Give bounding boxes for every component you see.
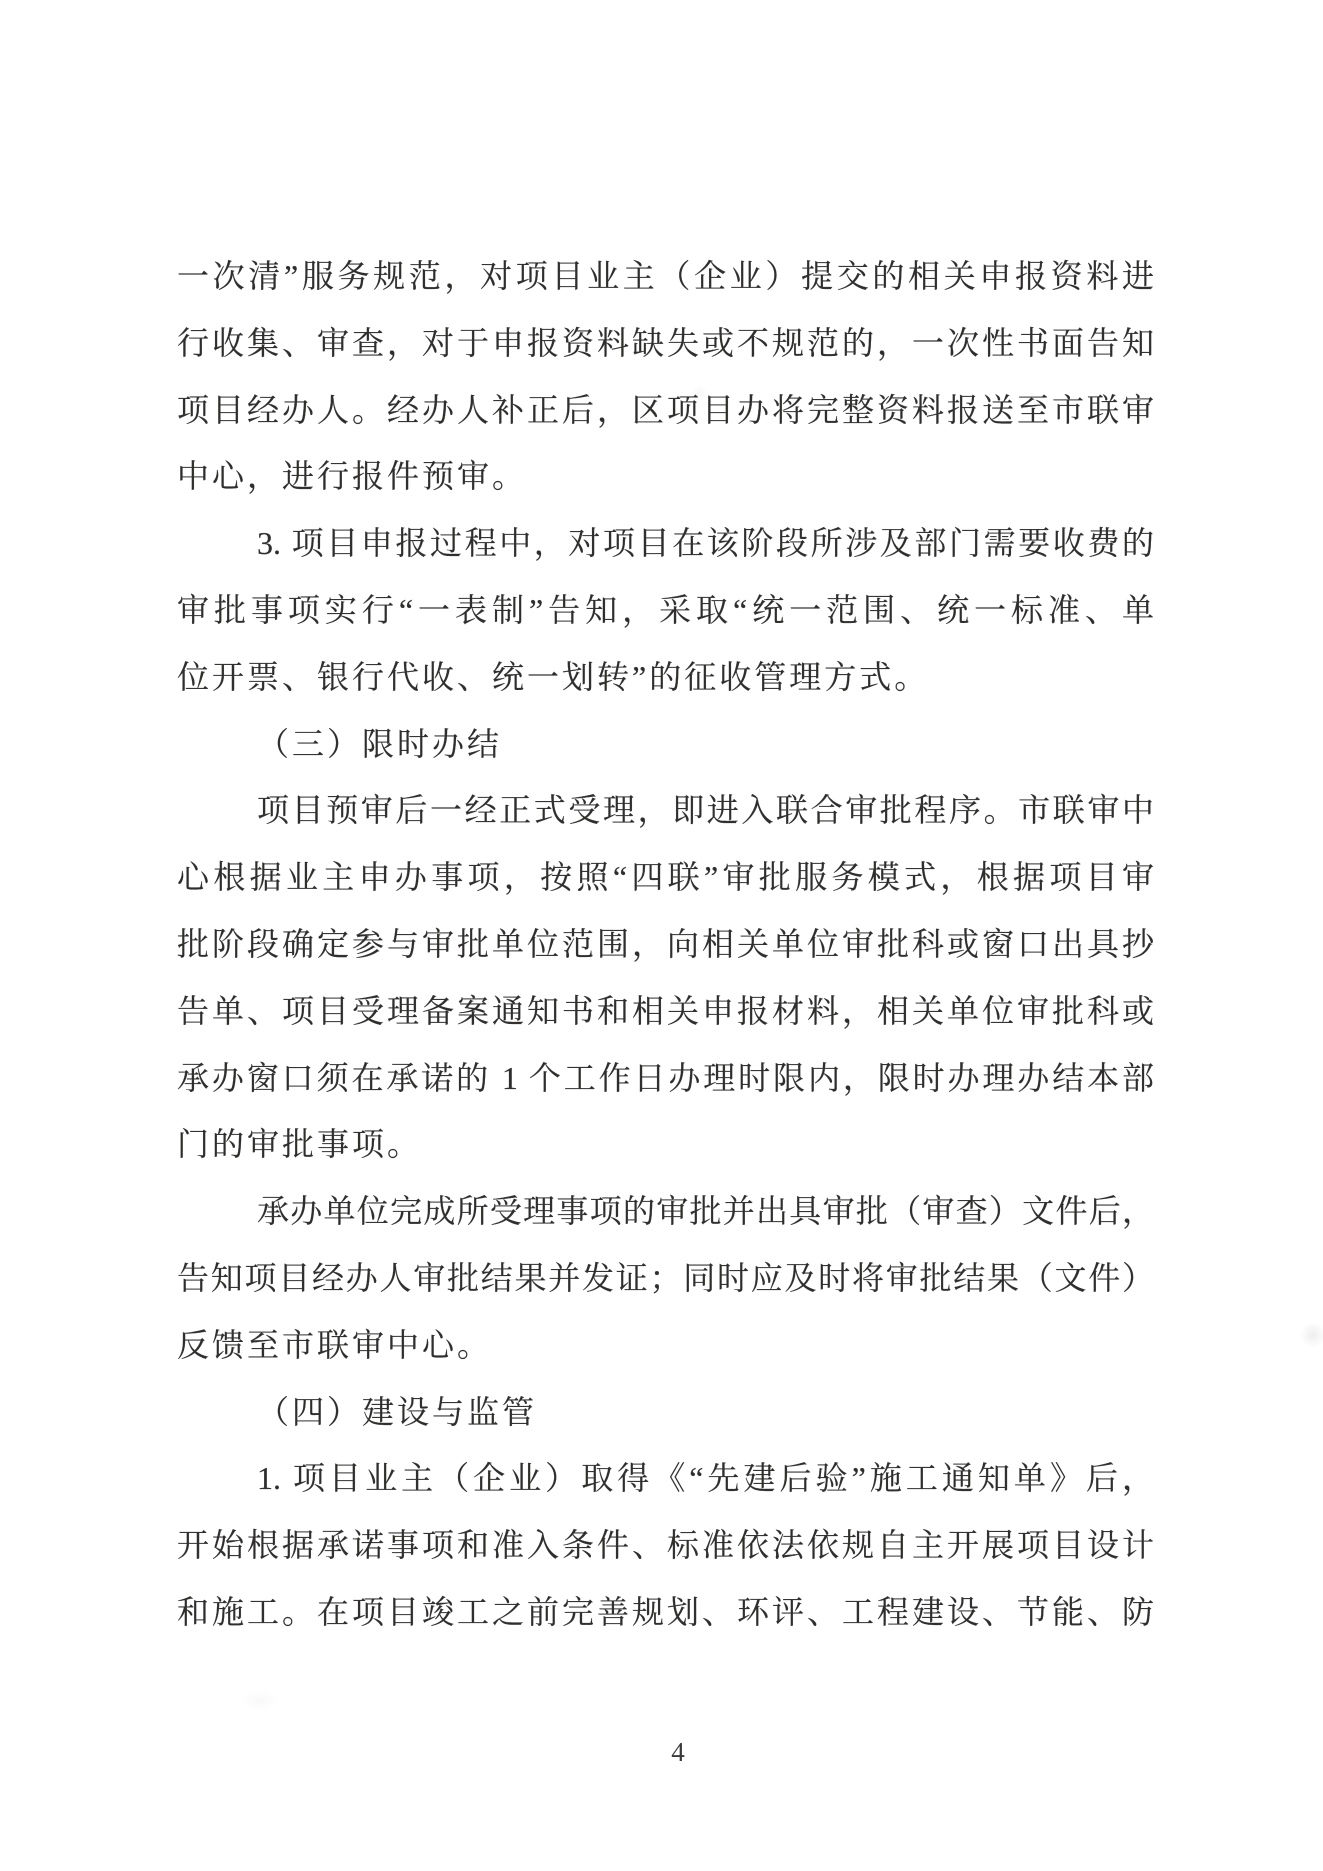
- text-line: 承办窗口须在承诺的 1 个工作日办理时限内，限时办理办结本部: [177, 1045, 1154, 1112]
- text-line: 开始根据承诺事项和准入条件、标准依法依规自主开展项目设计: [177, 1512, 1154, 1579]
- text-line: 承办单位完成所受理事项的审批并出具审批（审查）文件后，: [177, 1178, 1154, 1245]
- text-line: 1. 项目业主（企业）取得《“先建后验”施工通知单》后，: [177, 1445, 1154, 1512]
- text-line: 中心，进行报件预审。: [177, 443, 1154, 510]
- page-number: 4: [0, 1737, 1323, 1768]
- text-line: 批阶段确定参与审批单位范围，向相关单位审批科或窗口出具抄: [177, 911, 1154, 978]
- text-line: 项目经办人。经办人补正后，区项目办将完整资料报送至市联审: [177, 377, 1154, 444]
- text-line: 反馈至市联审中心。: [177, 1312, 1154, 1379]
- text-line: 位开票、银行代收、统一划转”的征收管理方式。: [177, 644, 1154, 711]
- text-line: 告单、项目受理备案通知书和相关申报材料，相关单位审批科或: [177, 978, 1154, 1045]
- text-line: 一次清”服务规范，对项目业主（企业）提交的相关申报资料进: [177, 243, 1154, 310]
- text-line: 3. 项目申报过程中，对项目在该阶段所涉及部门需要收费的: [177, 510, 1154, 577]
- scan-smudge: [240, 1690, 280, 1712]
- text-line: 审批事项实行“一表制”告知，采取“统一范围、统一标准、单: [177, 577, 1154, 644]
- section-heading: （三）限时办结: [177, 711, 1154, 778]
- text-line: 门的审批事项。: [177, 1111, 1154, 1178]
- scan-smudge: [1300, 1322, 1323, 1348]
- section-heading: （四）建设与监管: [177, 1379, 1154, 1446]
- text-line: 心根据业主申办事项，按照“四联”审批服务模式，根据项目审: [177, 844, 1154, 911]
- document-page: 一次清”服务规范，对项目业主（企业）提交的相关申报资料进 行收集、审查，对于申报…: [0, 0, 1323, 1871]
- document-body: 一次清”服务规范，对项目业主（企业）提交的相关申报资料进 行收集、审查，对于申报…: [177, 243, 1154, 1646]
- text-line: 和施工。在项目竣工之前完善规划、环评、工程建设、节能、防: [177, 1579, 1154, 1646]
- text-line: 项目预审后一经正式受理，即进入联合审批程序。市联审中: [177, 777, 1154, 844]
- text-line: 行收集、审查，对于申报资料缺失或不规范的，一次性书面告知: [177, 310, 1154, 377]
- text-line: 告知项目经办人审批结果并发证；同时应及时将审批结果（文件）: [177, 1245, 1154, 1312]
